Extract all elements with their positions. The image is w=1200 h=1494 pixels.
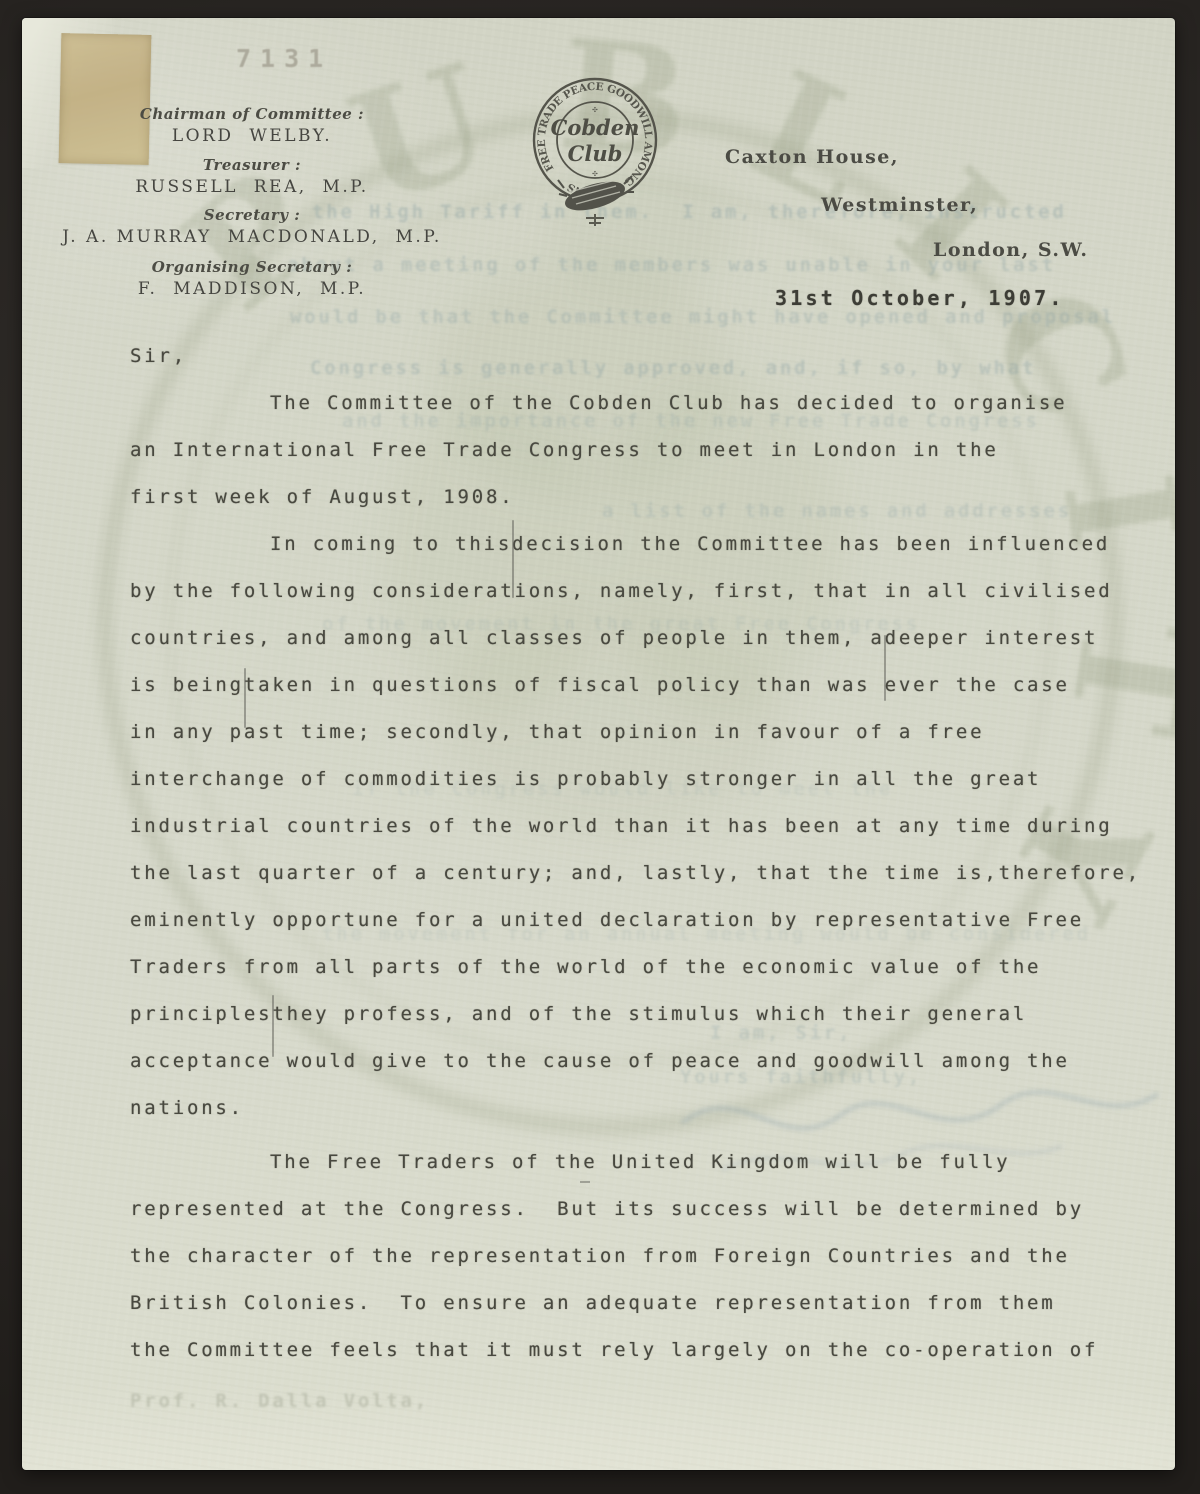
officer-name-treasurer: RUSSELL REA, M.P. xyxy=(62,177,442,197)
body-line: nations. xyxy=(130,1097,244,1119)
salutation: Sir, xyxy=(130,345,187,367)
scanned-letter-photo: { "surface": { "background_hex": "#28252… xyxy=(0,0,1200,1494)
seal-center-line1: Cobden xyxy=(551,115,640,140)
address-line-3: London, S.W. xyxy=(933,239,1089,261)
ghost-bleed-line: a list of the names and addresses xyxy=(602,500,1072,522)
seal-center-line2: Club xyxy=(568,141,623,166)
officer-title-treasurer: Treasurer : xyxy=(62,156,442,174)
officer-title-secretary: Secretary : xyxy=(62,206,442,224)
pencil-insertion-mark xyxy=(512,520,514,598)
svg-text:FREE TRADE PEACE GOODWILL AMON: FREE TRADE PEACE GOODWILL AMONG NATIONS xyxy=(536,81,655,199)
officer-title-chairman: Chairman of Committee : xyxy=(62,105,442,123)
body-line: is beingtaken in questions of fiscal pol… xyxy=(130,674,1070,696)
body-line: The Committee of the Cobden Club has dec… xyxy=(270,392,1067,414)
date-line: 31st October, 1907. xyxy=(775,286,1065,310)
body-line: acceptance would give to the cause of pe… xyxy=(130,1050,1070,1072)
body-line: countries, and among all classes of peop… xyxy=(130,627,1098,649)
body-line: industrial countries of the world than i… xyxy=(130,815,1113,837)
body-line: the Committee feels that it must rely la… xyxy=(130,1339,1098,1361)
body-line: Traders from all parts of the world of t… xyxy=(130,956,1041,978)
body-line: interchange of commodities is probably s… xyxy=(130,768,1041,790)
address-line-2: Westminster, xyxy=(821,194,978,216)
cobden-club-seal-icon: FREE TRADE PEACE GOODWILL AMONG NATIONS … xyxy=(520,72,670,248)
body-line: British Colonies. To ensure an adequate … xyxy=(130,1292,1056,1314)
pencil-insertion-mark xyxy=(272,995,274,1057)
body-line: principlesthey profess, and of the stimu… xyxy=(130,1003,1027,1025)
officer-title-organising-secretary: Organising Secretary : xyxy=(62,258,442,276)
body-line: first week of August, 1908. xyxy=(130,486,514,508)
archive-stamp-number: 7131 xyxy=(236,44,332,73)
body-line: the character of the representation from… xyxy=(130,1245,1070,1267)
body-line: eminently opportune for a united declara… xyxy=(130,909,1084,931)
body-line: an International Free Trade Congress to … xyxy=(130,439,999,461)
officer-name-organising-secretary: F. MADDISON, M.P. xyxy=(62,279,442,299)
svg-text:✣: ✣ xyxy=(592,105,598,115)
body-line: by the following considerations, namely,… xyxy=(130,580,1113,602)
ghost-next-page-line: Prof. R. Dalla Volta, xyxy=(130,1390,429,1412)
letter-page: PUBLICITY the High Tariff in them. I am,… xyxy=(22,18,1175,1470)
ghost-bleed-line: I am, Sir, xyxy=(710,1022,852,1044)
body-line: the last quarter of a century; and, last… xyxy=(130,862,1141,884)
officer-name-secretary: J. A. MURRAY MACDONALD, M.P. xyxy=(62,227,442,247)
pencil-tick-mark xyxy=(580,1181,590,1183)
pencil-insertion-mark xyxy=(884,635,886,701)
body-line: represented at the Congress. But its suc… xyxy=(130,1198,1084,1220)
address-line-1: Caxton House, xyxy=(725,146,899,168)
ghost-bleed-line: Congress is generally approved, and, if … xyxy=(310,357,1036,379)
svg-text:✣: ✣ xyxy=(592,169,598,179)
pencil-insertion-mark xyxy=(244,668,246,728)
officer-name-chairman: LORD WELBY. xyxy=(62,126,442,146)
body-line: The Free Traders of the United Kingdom w… xyxy=(270,1151,1010,1173)
body-line: In coming to thisdecision the Committee … xyxy=(270,533,1110,555)
body-line: in any past time; secondly, that opinion… xyxy=(130,721,984,743)
